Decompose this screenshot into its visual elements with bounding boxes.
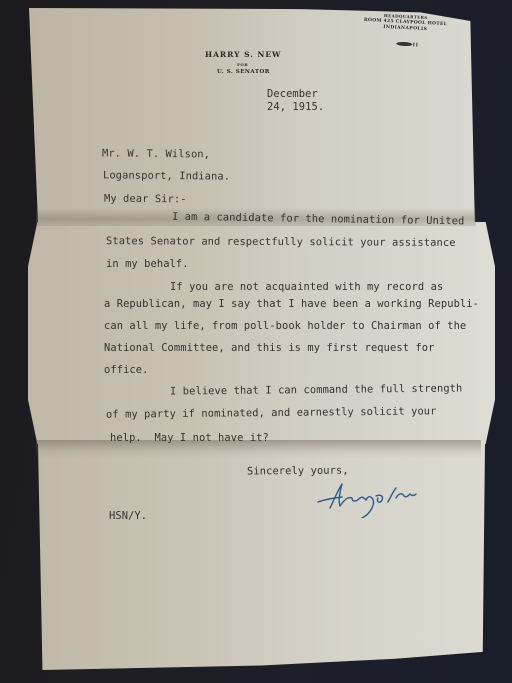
body-line: If you are not acquainted with my record… — [170, 281, 443, 293]
letterhead-office: U. S. SENATOR — [217, 69, 270, 75]
body-line: help. May I not have it? — [110, 432, 269, 444]
date-day-year: 24, 1915. — [267, 101, 324, 113]
reference-initials: HSN/Y. — [109, 510, 147, 522]
body-line: in my behalf. — [106, 258, 189, 270]
letter-content: HARRY S. NEW FOR U. S. SENATOR HEADQUART… — [0, 0, 512, 683]
body-line: of my party if nominated, and earnestly … — [106, 405, 437, 420]
letterhead-for: FOR — [237, 62, 248, 67]
body-line: States Senator and respectfully solicit … — [106, 235, 456, 249]
salutation: My dear Sir:- — [104, 193, 187, 206]
body-line: a Republican, may I say that I have been… — [104, 298, 479, 310]
closing: Sincerely yours, — [247, 465, 349, 478]
date-month: December — [267, 88, 318, 100]
body-line: office. — [104, 364, 149, 376]
body-line: I believe that I can command the full st… — [170, 382, 462, 397]
body-line: National Committee, and this is my first… — [104, 342, 435, 354]
recipient-name: Mr. W. T. Wilson, — [102, 147, 210, 160]
signature — [316, 478, 426, 518]
headquarters-block: HEADQUARTERS ROOM 425 CLAYPOOL HOTEL IND… — [354, 11, 456, 52]
body-line: I am a candidate for the nomination for … — [172, 211, 465, 228]
union-label-icon — [396, 42, 412, 47]
recipient-address: Logansport, Indiana. — [103, 169, 230, 182]
body-line: can all my life, from poll-book holder t… — [104, 320, 466, 332]
letterhead-name: HARRY S. NEW — [205, 50, 281, 59]
